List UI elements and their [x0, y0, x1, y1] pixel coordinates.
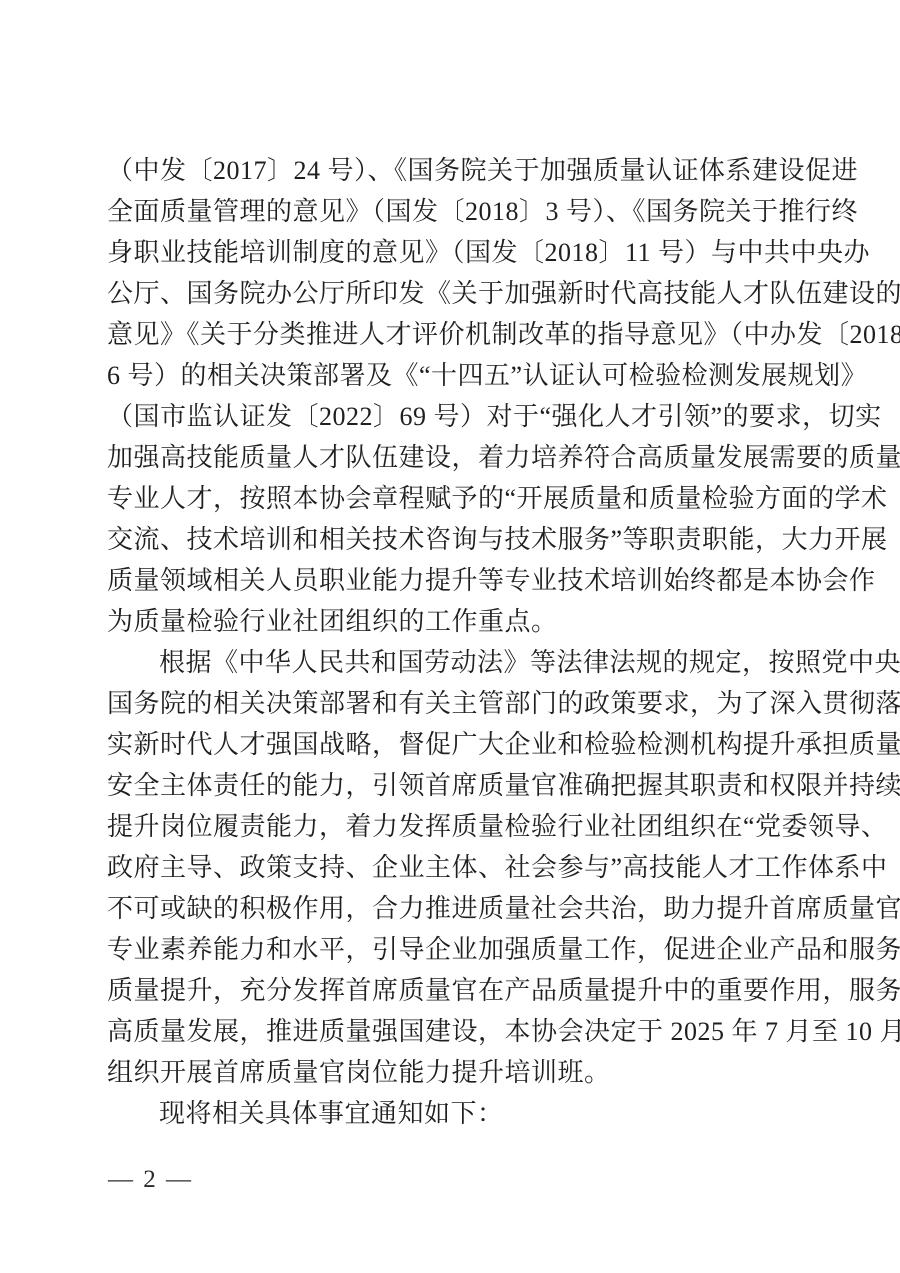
document-line: 现将相关具体事宜通知如下： [107, 1093, 793, 1134]
document-line: 6 号）的相关决策部署及《“十四五”认证认可检验检测发展规划》 [107, 355, 793, 396]
document-body: （中发〔2017〕24 号）、《国务院关于加强质量认证体系建设促进全面质量管理的… [107, 150, 793, 1134]
document-line: 高质量发展，推进质量强国建设，本协会决定于 2025 年 7 月至 10 月 [107, 1011, 793, 1052]
document-line: 全面质量管理的意见》（国发〔2018〕3 号）、《国务院关于推行终 [107, 191, 793, 232]
document-line: 身职业技能培训制度的意见》（国发〔2018〕11 号）与中共中央办 [107, 232, 793, 273]
document-line: 组织开展首席质量官岗位能力提升培训班。 [107, 1052, 793, 1093]
document-line: 专业人才，按照本协会章程赋予的“开展质量和质量检验方面的学术 [107, 478, 793, 519]
document-line: 公厅、国务院办公厅所印发《关于加强新时代高技能人才队伍建设的 [107, 273, 793, 314]
document-line: 安全主体责任的能力，引领首席质量官准确把握其职责和权限并持续 [107, 765, 793, 806]
document-line: 质量提升，充分发挥首席质量官在产品质量提升中的重要作用，服务 [107, 970, 793, 1011]
document-line: 交流、技术培训和相关技术咨询与技术服务”等职责职能，大力开展 [107, 519, 793, 560]
document-line: 政府主导、政策支持、企业主体、社会参与”高技能人才工作体系中 [107, 847, 793, 888]
document-line: 提升岗位履责能力，着力发挥质量检验行业社团组织在“党委领导、 [107, 806, 793, 847]
document-page: （中发〔2017〕24 号）、《国务院关于加强质量认证体系建设促进全面质量管理的… [0, 0, 900, 1273]
document-line: 意见》《关于分类推进人才评价机制改革的指导意见》（中办发〔2018〕 [107, 314, 793, 355]
page-number: — 2 — [108, 1166, 193, 1194]
document-line: 专业素养能力和水平，引导企业加强质量工作，促进企业产品和服务 [107, 929, 793, 970]
document-line: 加强高技能质量人才队伍建设，着力培养符合高质量发展需要的质量 [107, 437, 793, 478]
document-line: 根据《中华人民共和国劳动法》等法律法规的规定，按照党中央、 [107, 642, 793, 683]
document-line: 不可或缺的积极作用，合力推进质量社会共治，助力提升首席质量官 [107, 888, 793, 929]
document-line: 为质量检验行业社团组织的工作重点。 [107, 601, 793, 642]
document-line: 质量领域相关人员职业能力提升等专业技术培训始终都是本协会作 [107, 560, 793, 601]
document-line: 实新时代人才强国战略，督促广大企业和检验检测机构提升承担质量 [107, 724, 793, 765]
document-line: 国务院的相关决策部署和有关主管部门的政策要求，为了深入贯彻落 [107, 683, 793, 724]
document-line: （国市监认证发〔2022〕69 号）对于“强化人才引领”的要求，切实 [107, 396, 793, 437]
document-line: （中发〔2017〕24 号）、《国务院关于加强质量认证体系建设促进 [107, 150, 793, 191]
